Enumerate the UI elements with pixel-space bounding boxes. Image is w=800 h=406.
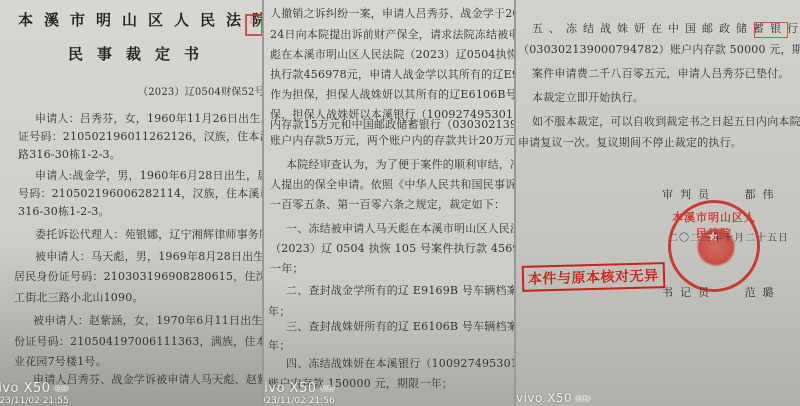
ruling-date: 二〇二三年十月二十五日 — [668, 232, 789, 245]
text-line: （030302139000794782）账户内存款 50000 元，期限一年。 — [518, 43, 800, 56]
text-line: 一年； — [270, 262, 304, 275]
judge-role: 审判员 — [662, 188, 716, 201]
photo-timestamp: 2023/11/02 21:55 — [0, 396, 69, 406]
text-line: 居民身份证号码：210303196908280615，住沈阳市铁西区爱 — [14, 270, 262, 283]
text-line: 年； — [268, 305, 290, 318]
text-line: 彪在本溪市明山区人民法院（2023）辽0504执恢105号案件 — [270, 48, 514, 61]
document-page-2: 人撤销之诉纠纷一案，申请人吕秀芬、战金学于2023年10月 24日向本院提出诉前… — [264, 0, 514, 406]
document-page-3: 五、冻结战姝妍在中国邮政储蓄银行 （030302139000794782）账户内… — [516, 0, 800, 406]
text-line: （2023）辽 0504 执恢 105 号案件执行款 456978 元，期限 — [270, 242, 514, 255]
ruling-item-4: 四、冻结战姝妍在本溪银行（100927495301110001） — [286, 357, 514, 370]
text-line: 内存款15万元和中国邮政储蓄银行（030302139000794782） — [270, 118, 514, 131]
clerk-signature: 书记员 范璐 — [662, 284, 781, 300]
camera-brand: vivo X50 — [516, 391, 572, 405]
text-line: 人提出的保全申请。依照《中华人民共和国民事诉讼法》第 — [270, 178, 514, 191]
text-line: 委托诉讼代理人：苑银娜，辽宁湘辉律师事务所律师。 — [35, 228, 262, 241]
text-line: 业花园7号楼1号。 — [14, 355, 107, 368]
camera-watermark: vivo X505G — [516, 391, 591, 405]
text-line: 案件申请费二千八百零五元，申请人吕秀芬已垫付。 — [532, 67, 790, 80]
5g-badge: 5G — [575, 395, 590, 402]
text-line: 账户内存款5万元，两个账户内的存款共计20万元作为担保。 — [270, 134, 514, 147]
text-line: 人撤销之诉纠纷一案，申请人吕秀芬、战金学于2023年10月 — [270, 7, 514, 20]
judge-name: 都伟 — [745, 188, 781, 201]
text-line: 如不服本裁定，可以自收到裁定书之日起五日内向本院 — [532, 115, 800, 128]
text-line: 316-30栋1-2-3。 — [18, 205, 110, 218]
text-line: 执行款456978元，申请人战金学以其所有的辽E9169B号车辆 — [270, 68, 514, 81]
text-line: 号码：210502196006282114，汉族，住本溪市明山区峪明路 — [18, 187, 262, 200]
camera-watermark: vivo X505G — [264, 381, 335, 396]
5g-badge: 5G — [320, 385, 335, 392]
ruling-item-2: 二、查封战金学所有的辽 E9169B 号车辆档案，期限一 — [286, 284, 514, 297]
camera-brand: vivo X50 — [0, 381, 51, 396]
camera-brand: vivo X50 — [264, 381, 317, 396]
page-seal-stamp — [754, 22, 788, 38]
ruling-item-1: 一、冻结被申请人马天彪在本溪市明山区人民法院 — [286, 222, 514, 235]
text-line: 本裁定立即开始执行。 — [532, 91, 644, 104]
certified-copy-stamp: 本件与原本核对无异 — [522, 262, 665, 292]
text-line: 证号码：210502196011262126，汉族，住本溪市明山区峪明 — [18, 130, 262, 143]
text-line: 一百零五条、第一百零六条之规定，裁定如下： — [270, 198, 505, 211]
text-line: 作为担保，担保人战姝妍以其所有的辽E6106B号车辆作为担 — [270, 88, 514, 101]
text-line: 被申请人：马天彪，男，1969年8月28日出生，汉族， — [35, 250, 262, 263]
clerk-role: 书记员 — [662, 286, 716, 299]
ruling-item-3: 三、查封战姝妍所有的辽 E6106B 号车辆档案，期限一 — [286, 320, 514, 333]
text-line: 申请人:战金学，男，1960年6月28日出生，居民身份证 — [35, 169, 262, 182]
case-number: （2023）辽0504财保52号 — [138, 86, 262, 99]
text-line: 申请复议一次。复议期间不停止裁定的执行。 — [518, 136, 742, 149]
clerk-name: 范璐 — [745, 286, 781, 299]
text-line: 被申请人：赵紫涵，女，1970年6月11日出生，居民身 — [33, 314, 262, 327]
text-line: 本院经审查认为，为了便于案件的顺利审结，准许申请 — [286, 158, 514, 171]
court-seal: 本溪市明山区人民法院 ★ — [668, 200, 760, 292]
text-line: 工街北三路小北山1090。 — [14, 291, 144, 304]
text-line: 24日向本院提出诉前财产保全，请求法院冻结被申请人马天 — [270, 28, 514, 41]
document-page-1: 本溪市明山区人民法院 法 民事裁定书 （2023）辽0504财保52号 申请人：… — [0, 0, 262, 406]
page-seal-stamp: 法 — [245, 14, 262, 36]
5g-badge: 5G — [54, 385, 69, 392]
text-line: 路316-30栋1-2-3。 — [18, 148, 121, 161]
court-name: 本溪市明山区人民法院 — [18, 14, 262, 27]
photo-timestamp: 2023/11/02 21:56 — [264, 396, 335, 406]
camera-watermark: vivo X505G — [0, 381, 69, 396]
text-line: 份证号码：210504197006111363，满族，住本溪市明山区建 — [14, 335, 262, 348]
text-line: 申请人：吕秀芬，女，1960年11月26日出生，居民身份 — [35, 112, 262, 125]
document-title: 民事裁定书 — [68, 48, 213, 61]
text-line: 年； — [268, 339, 290, 352]
